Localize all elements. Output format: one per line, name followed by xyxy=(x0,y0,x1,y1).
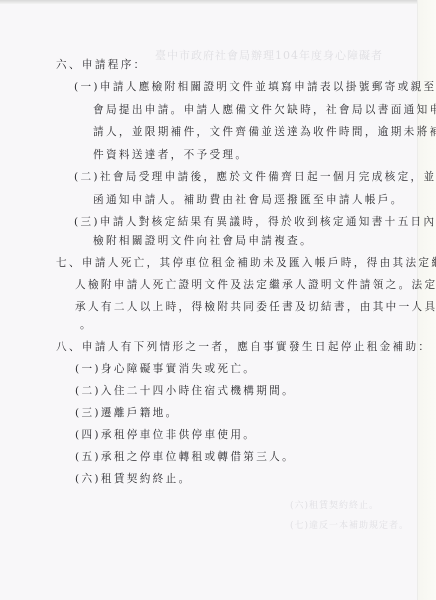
section-8-item: (一)身心障礙事實消失或死亡。 xyxy=(75,362,256,376)
section-7-line: 承人有二人以上時，得檢附共同委任書及切結書，由其中一人具領 xyxy=(75,300,436,314)
section-6-item-1-line: 會局提出申請。申請人應備文件欠缺時，社會局以書面通知申 xyxy=(93,103,436,117)
section-7-line: 七、申請人死亡，其停車位租金補助未及匯入帳戶時，得由其法定繼承 xyxy=(56,256,436,270)
bleed-through-line: (七)違反一本補助規定者。 xyxy=(290,518,409,531)
section-7-line: 。 xyxy=(80,318,93,332)
section-8-item: (四)承租停車位非供停車使用。 xyxy=(75,428,256,442)
bleed-through-line: (六)租賃契約終止。 xyxy=(290,498,379,511)
section-8-item: (五)承租之停車位轉租或轉借第三人。 xyxy=(75,450,295,464)
section-6-heading: 六、申請程序： xyxy=(56,58,147,72)
section-6-item-1-line: 件資料送達者，不予受理。 xyxy=(93,148,248,162)
section-6-item-1-line: (一)申請人應檢附相關證明文件並填寫申請表以掛號郵寄或親至社 xyxy=(74,80,436,94)
section-6-item-3-line: 檢附相關證明文件向社會局申請複查。 xyxy=(93,234,313,248)
section-6-item-2-line: 函通知申請人。補助費由社會局逕撥匯至申請人帳戶。 xyxy=(93,193,404,207)
section-8-item: (六)租賃契約終止。 xyxy=(75,472,192,486)
scan-top-edge xyxy=(0,0,436,4)
section-6-item-1-line: 請人，並限期補件，文件齊備並送達為收件時間，逾期未將補 xyxy=(93,125,436,139)
section-7-line: 人檢附申請人死亡證明文件及法定繼承人證明文件請領之。法定繼 xyxy=(75,278,436,292)
bleed-through-header: 臺中市政府社會局辦理104年度身心障礙者 xyxy=(155,47,383,63)
section-6-item-2-line: (二)社會局受理申請後，應於文件備齊日起一個月完成核定，並發 xyxy=(74,170,436,184)
section-8-item: (二)入住二十四小時住宿式機構期間。 xyxy=(75,384,295,398)
section-8-item: (三)遷離戶籍地。 xyxy=(75,406,179,420)
section-6-item-3-line: (三)申請人對核定結果有異議時，得於收到核定通知書十五日內， xyxy=(74,215,436,229)
section-8-heading: 八、申請人有下列情形之一者，應自事實發生日起停止租金補助： xyxy=(56,340,431,354)
